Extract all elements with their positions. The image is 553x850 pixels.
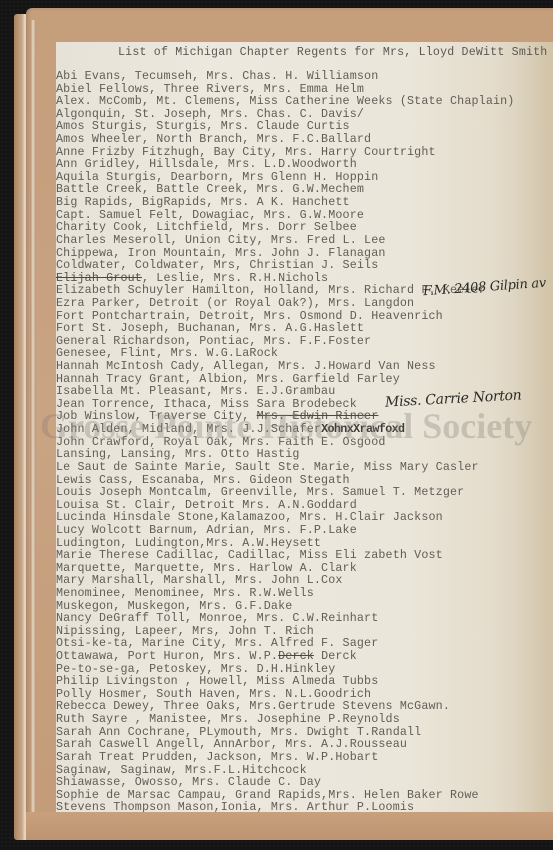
regent-entry: John Alden, Midland, Mrs. J.J.SchaferXoh… [56,423,514,436]
regent-entry: Alex. McComb, Mt. Clemens, Miss Catherin… [56,95,514,108]
regent-entry: Nancy DeGraff Toll, Monroe, Mrs. C.W.Rei… [56,612,514,625]
regent-entry: Le Saut de Sainte Marie, Sault Ste. Mari… [56,461,514,474]
board-bottom-margin [26,812,553,840]
document-title: List of Michigan Chapter Regents for Mrs… [64,46,553,59]
regent-entry: Hannah McIntosh Cady, Allegan, Mrs. J.Ho… [56,360,514,373]
regent-entry: Big Rapids, BigRapids, Mrs. A K. Hanchet… [56,196,514,209]
regent-entry: Lansing, Lansing, Mrs. Otto Hastig [56,448,514,461]
board-edge [30,20,36,820]
regents-list: Abi Evans, Tecumseh, Mrs. Chas. H. Willi… [56,70,514,827]
regent-entry: Shiawasse, Owosso, Mrs. Claude C. Day [56,776,514,789]
struck-text: Derck [278,649,314,663]
overstruck-text: XohnxXrawfoxd [321,422,404,436]
regent-entry: Sarah Caswell Angell, AnnArbor, Mrs. A.J… [56,738,514,751]
regent-entry: Philip Livingston , Howell, Miss Almeda … [56,675,514,688]
regent-entry: Ottawawa, Port Huron, Mrs. W.P.Derck Der… [56,650,514,663]
regent-entry: Lucy Wolcott Barnum, Adrian, Mrs. F.P.La… [56,524,514,537]
regent-entry: Louis Joseph Montcalm, Greenville, Mrs. … [56,486,514,499]
regent-entry: Fort St. Joseph, Buchanan, Mrs. A.G.Hasl… [56,322,514,335]
regent-entry: Ezra Parker, Detroit (or Royal Oak?), Mr… [56,297,514,310]
regent-entry: Marie Therese Cadillac, Cadillac, Miss E… [56,549,514,562]
regent-entry: Ruth Sayre , Manistee, Mrs. Josephine P.… [56,713,514,726]
regent-entry: Menominee, Menominee, Mrs. R.W.Wells [56,587,514,600]
regent-entry: Sarah Treat Prudden, Jackson, Mrs. W.P.H… [56,751,514,764]
regent-entry: Abi Evans, Tecumseh, Mrs. Chas. H. Willi… [56,70,514,83]
regent-entry: Charles Meseroll, Union City, Mrs. Fred … [56,234,514,247]
regent-entry: Amos Wheeler, North Branch, Mrs. F.C.Bal… [56,133,514,146]
regent-entry: Ann Gridley, Hillsdale, Mrs. L.D.Woodwor… [56,158,514,171]
